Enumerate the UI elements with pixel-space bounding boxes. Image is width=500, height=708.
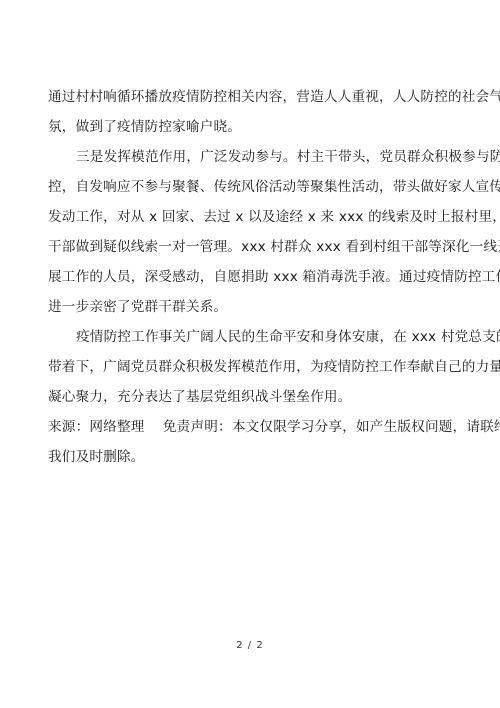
text-line: 展工作的人员，深受感动，自愿捐助 xxx 箱消毒洗手液。通过疫情防控工作，	[48, 265, 440, 295]
text-line: 我们及时删除。	[48, 445, 440, 475]
text-line: 疫情防控工作事关广阔人民的生命平安和身体安康，在 xxx 村党总支的	[48, 325, 440, 355]
paragraph-conclusion: 疫情防控工作事关广阔人民的生命平安和身体安康，在 xxx 村党总支的 带着下，广…	[48, 325, 440, 415]
document-page: 通过村村响循环播放疫情防控相关内容，营造人人重视，人人防控的社会气 氛，做到了疫…	[0, 0, 500, 708]
text-line: 发动工作，对从 x 回家、去过 x 以及途经 x 来 xxx 的线索及时上报村里…	[48, 205, 440, 235]
text-line: 凝心聚力，充分表达了基层党组织战斗堡垒作用。	[48, 385, 440, 415]
paragraph-disclaimer: 来源：网络整理 免责声明：本文仅限学习分享，如产生版权问题，请联络 我们及时删除…	[48, 415, 440, 475]
document-body: 通过村村响循环播放疫情防控相关内容，营造人人重视，人人防控的社会气 氛，做到了疫…	[48, 85, 440, 475]
text-line: 通过村村响循环播放疫情防控相关内容，营造人人重视，人人防控的社会气	[48, 85, 440, 115]
text-line: 干部做到疑似线索一对一管理。xxx 村群众 xxx 看到村组干部等深化一线开	[48, 235, 440, 265]
text-line: 三是发挥模范作用，广泛发动参与。村主干带头，党员群众积极参与防	[48, 145, 440, 175]
text-line: 氛，做到了疫情防控家喻户晓。	[48, 115, 440, 145]
page-number: 2 / 2	[0, 640, 500, 651]
text-line: 进一步亲密了党群干群关系。	[48, 295, 440, 325]
text-line: 带着下，广阔党员群众积极发挥模范作用，为疫情防控工作奉献自己的力量，	[48, 355, 440, 385]
paragraph-broadcast: 通过村村响循环播放疫情防控相关内容，营造人人重视，人人防控的社会气 氛，做到了疫…	[48, 85, 440, 145]
paragraph-exemplary-role: 三是发挥模范作用，广泛发动参与。村主干带头，党员群众积极参与防 控，自发响应不参…	[48, 145, 440, 325]
text-line: 控，自发响应不参与聚餐、传统风俗活动等聚集性活动，带头做好家人宣传	[48, 175, 440, 205]
text-line: 来源：网络整理 免责声明：本文仅限学习分享，如产生版权问题，请联络	[48, 415, 440, 445]
